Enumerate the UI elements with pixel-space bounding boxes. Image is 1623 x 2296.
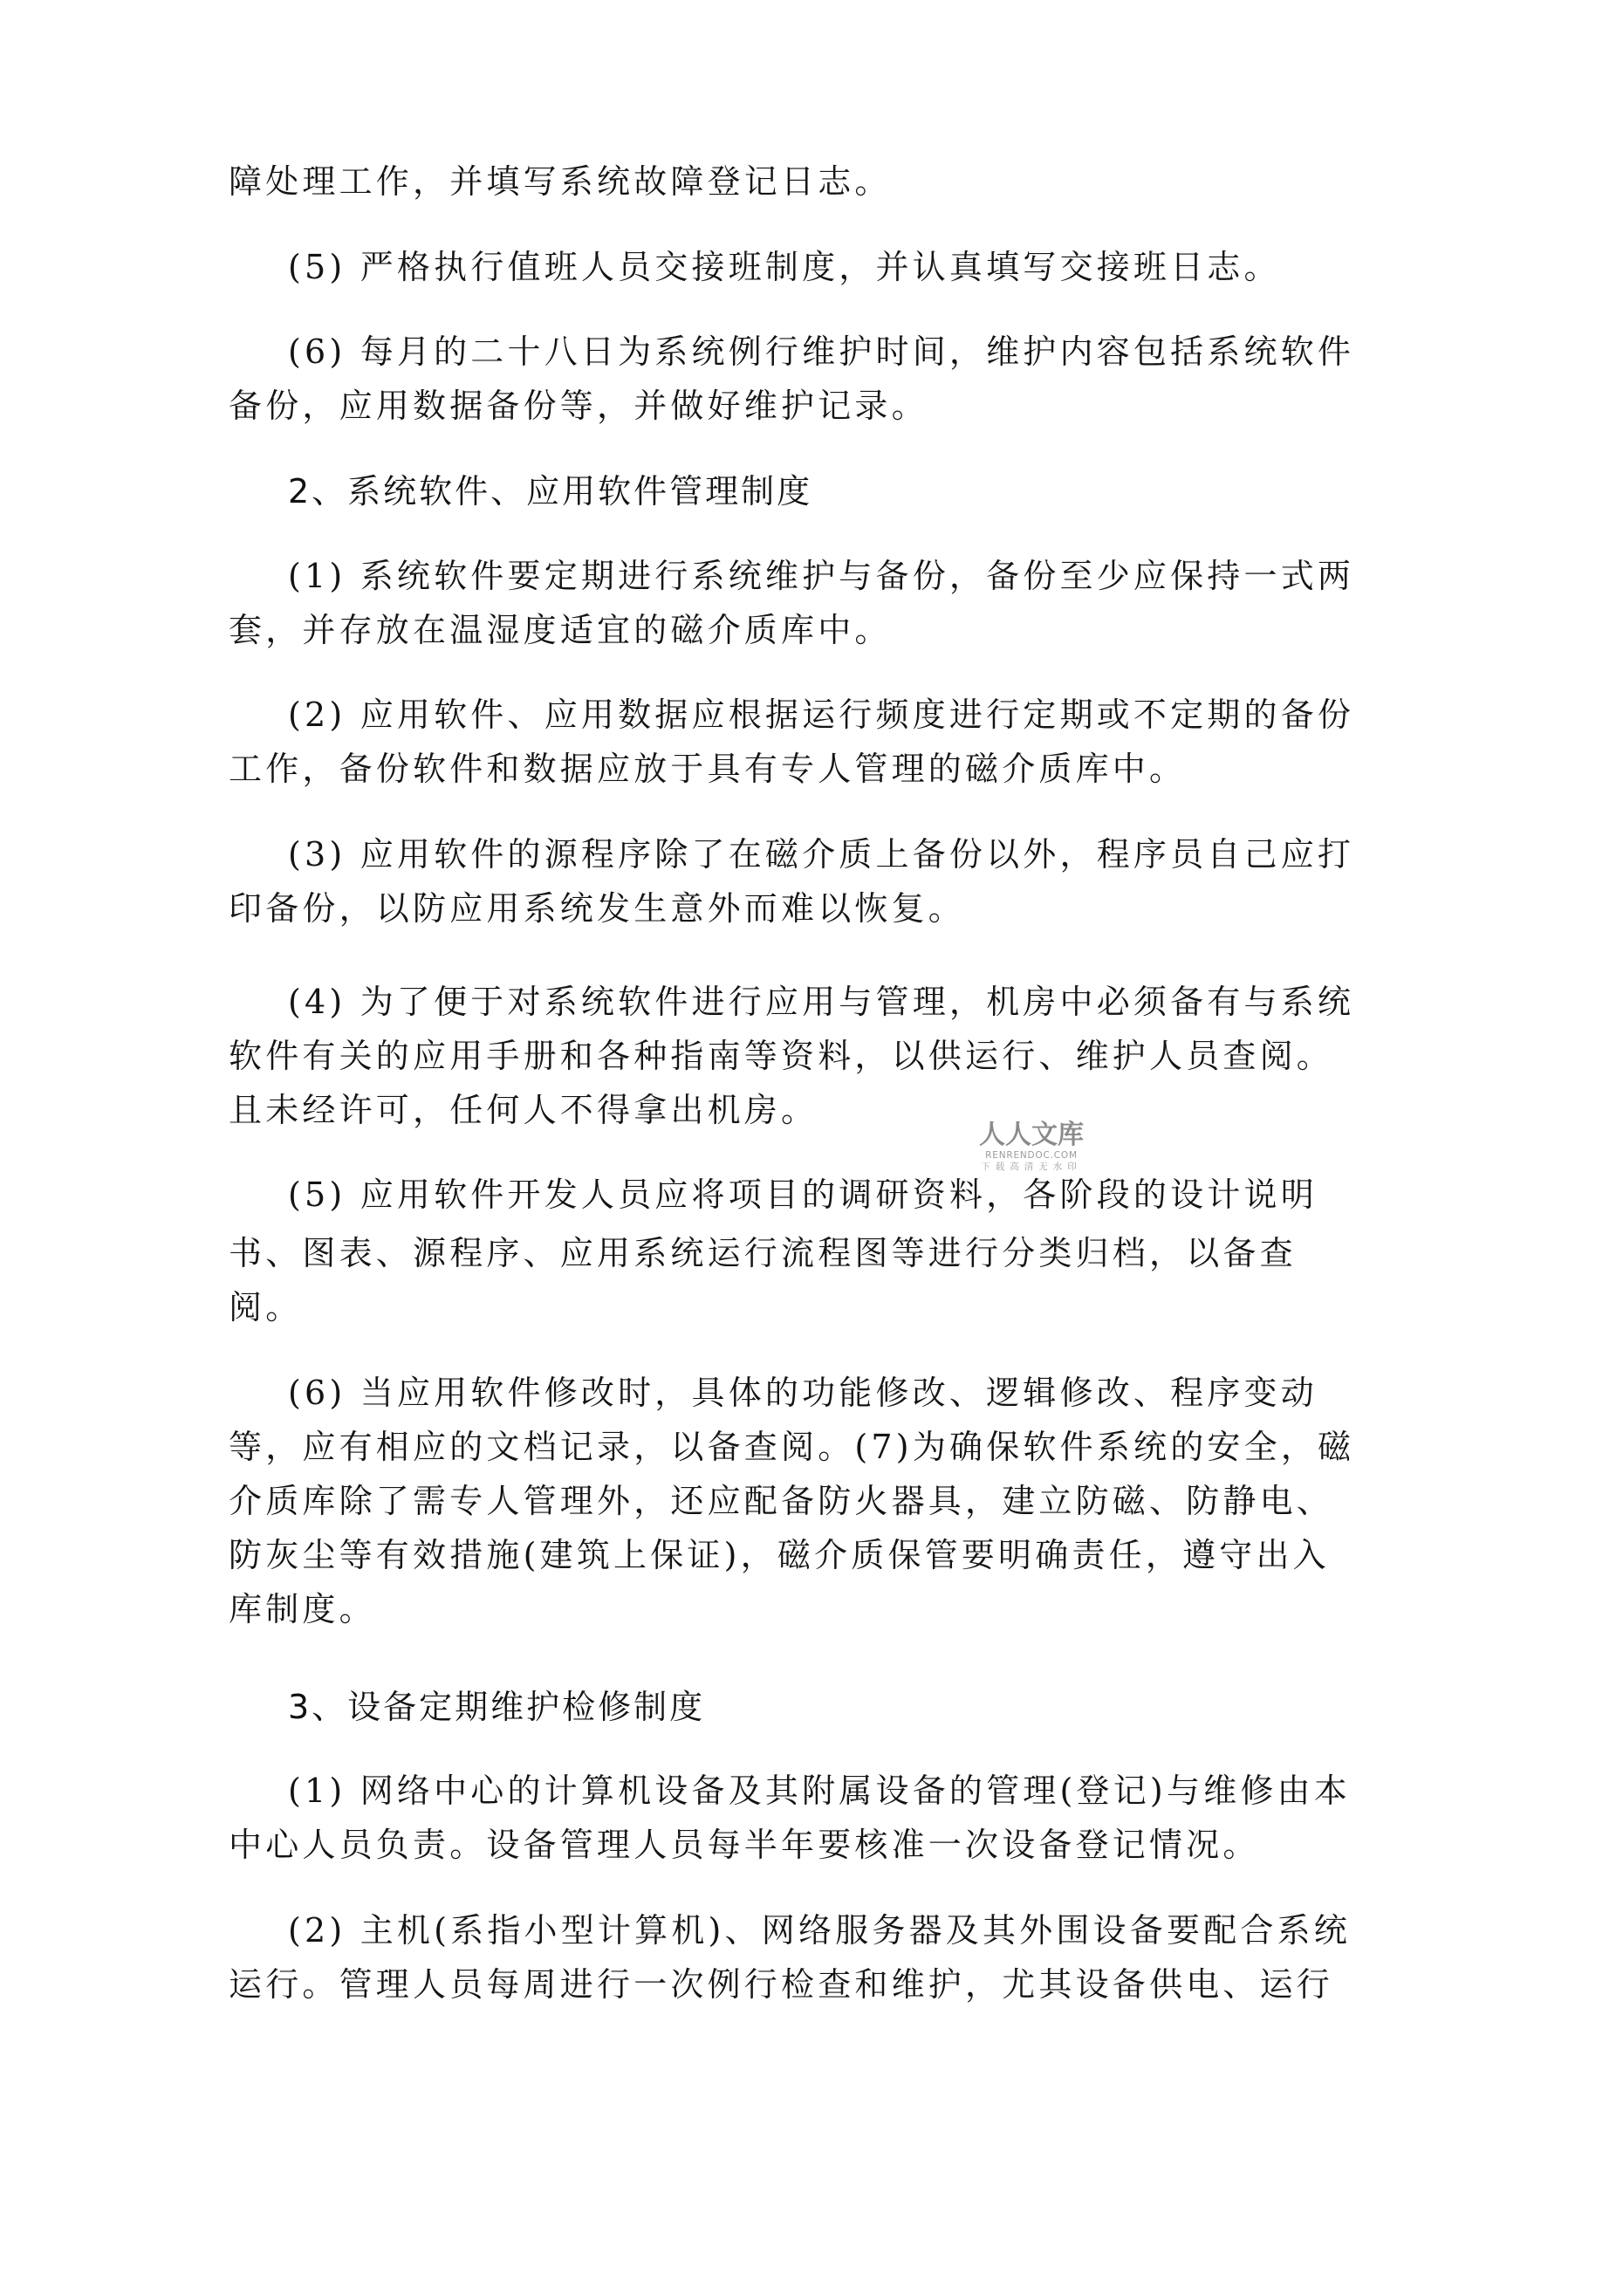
- text-line: 且未经许可，任何人不得拿出机房。: [229, 1091, 818, 1129]
- text-line: 印备份，以防应用系统发生意外而难以恢复。: [229, 889, 965, 928]
- text-line: (6) 每月的二十八日为系统例行维护时间，维护内容包括系统软件: [288, 332, 1354, 371]
- watermark-slogan: 下载高清无水印: [974, 1161, 1089, 1173]
- text-line: (2) 主机(系指小型计算机)、网络服务器及其外围设备要配合系统: [288, 1911, 1351, 1950]
- text-line: 介质库除了需专人管理外，还应配备防火器具，建立防磁、防静电、: [229, 1482, 1333, 1520]
- watermark-title: 人人文库: [974, 1121, 1089, 1150]
- text-line: (1) 系统软件要定期进行系统维护与备份，备份至少应保持一式两: [288, 557, 1354, 595]
- text-line: 障处理工作，并填写系统故障登记日志。: [229, 162, 892, 201]
- text-line: 阅。: [229, 1288, 302, 1326]
- text-line: 防灰尘等有效措施(建筑上保证)，磁介质保管要明确责任，遵守出入: [229, 1536, 1330, 1574]
- text-line: (6) 当应用软件修改时，具体的功能修改、逻辑修改、程序变动: [288, 1374, 1318, 1412]
- section-heading: 2、系统软件、应用软件管理制度: [288, 472, 812, 511]
- text-line: (5) 应用软件开发人员应将项目的调研资料，各阶段的设计说明: [288, 1175, 1318, 1214]
- watermark: 人人文库 RENRENDOC.COM 下载高清无水印: [974, 1121, 1089, 1173]
- text-line: 运行。管理人员每周进行一次例行检查和维护，尤其设备供电、运行: [229, 1965, 1333, 2004]
- text-line: (3) 应用软件的源程序除了在磁介质上备份以外，程序员自己应打: [288, 835, 1354, 874]
- text-line: (5) 严格执行值班人员交接班制度，并认真填写交接班日志。: [288, 248, 1281, 286]
- text-line: (2) 应用软件、应用数据应根据运行频度进行定期或不定期的备份: [288, 696, 1354, 734]
- document-page: 障处理工作，并填写系统故障登记日志。(5) 严格执行值班人员交接班制度，并认真填…: [0, 0, 1623, 2296]
- text-line: 等，应有相应的文档记录，以备查阅。(7)为确保软件系统的安全，磁: [229, 1428, 1354, 1466]
- text-line: 书、图表、源程序、应用系统运行流程图等进行分类归档，以备查: [229, 1234, 1297, 1272]
- text-line: 中心人员负责。设备管理人员每半年要核准一次设备登记情况。: [229, 1826, 1260, 1864]
- text-line: (1) 网络中心的计算机设备及其附属设备的管理(登记)与维修由本: [288, 1772, 1351, 1810]
- text-line: 工作，备份软件和数据应放于具有专人管理的磁介质库中。: [229, 750, 1186, 788]
- watermark-domain: RENRENDOC.COM: [974, 1150, 1089, 1161]
- text-line: (4) 为了便于对系统软件进行应用与管理，机房中必须备有与系统: [288, 983, 1354, 1021]
- section-heading: 3、设备定期维护检修制度: [288, 1688, 705, 1726]
- text-line: 备份，应用数据备份等，并做好维护记录。: [229, 387, 928, 425]
- text-line: 套，并存放在温湿度适宜的磁介质库中。: [229, 611, 892, 649]
- text-line: 库制度。: [229, 1590, 376, 1628]
- text-line: 软件有关的应用手册和各种指南等资料，以供运行、维护人员查阅。: [229, 1037, 1333, 1075]
